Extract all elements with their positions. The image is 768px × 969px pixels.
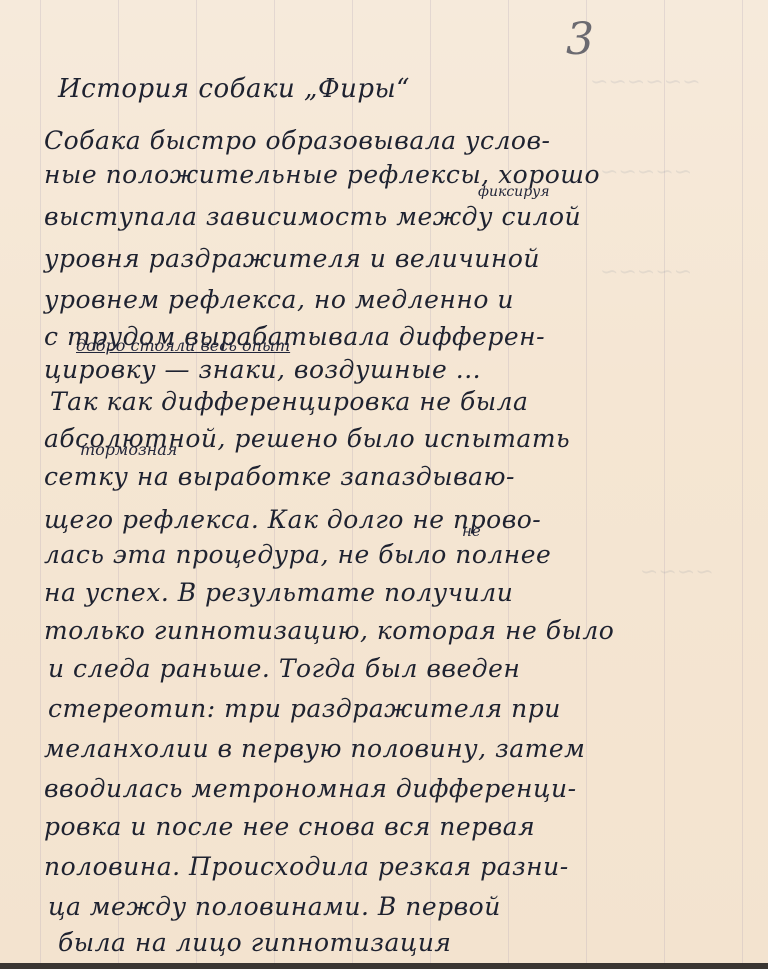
ruled-line: [742, 0, 743, 963]
bleed-through-text: ~~~~~: [600, 160, 692, 185]
text-line: стереотип: три раздражителя при: [48, 694, 561, 723]
scan-border: [0, 963, 768, 969]
document-title: История собаки „Фиры“: [58, 74, 410, 104]
text-line: выступала зависимость между силой: [44, 202, 581, 231]
text-line: была на лицо гипнотизация: [58, 928, 451, 957]
insertion-note: тормозная: [80, 440, 177, 459]
text-line: меланхолии в первую половину, затем: [44, 734, 585, 763]
text-line: половина. Происходила резкая разни-: [44, 852, 569, 881]
text-line: уровнем рефлекса, но медленно и: [44, 285, 514, 314]
bleed-through-text: ~~~~~~: [590, 70, 701, 95]
insertion-note: добро стояли весь опыт: [76, 336, 290, 355]
manuscript-page: ~~~~~~ ~~~~~ ~~~~~ ~~~~ 3 История собаки…: [0, 0, 768, 963]
text-line: лась эта процедура, не было полнее: [44, 540, 551, 569]
text-line: ца между половинами. В первой: [48, 892, 501, 921]
insertion-note: не: [462, 522, 481, 540]
ruled-line: [664, 0, 665, 963]
text-line: только гипнотизацию, которая не было: [44, 616, 614, 645]
ruled-line: [40, 0, 41, 963]
text-line: сетку на выработке запаздываю-: [44, 462, 515, 491]
text-line: и следа раньше. Тогда был введен: [48, 654, 520, 683]
text-line: вводилась метрономная дифференци-: [44, 774, 577, 803]
text-line: цировку — знаки, воздушные ...: [44, 355, 481, 384]
text-line: Так как дифференцировка не была: [50, 387, 528, 416]
ruled-line: [586, 0, 587, 963]
insertion-note: фиксируя: [478, 184, 550, 200]
text-line: уровня раздражителя и величиной: [44, 244, 540, 273]
text-line: ровка и после нее снова вся первая: [44, 812, 535, 841]
bleed-through-text: ~~~~: [640, 560, 714, 585]
text-line: на успех. В результате получили: [44, 578, 513, 607]
bleed-through-text: ~~~~~: [600, 260, 692, 285]
text-line: Собака быстро образовывала услов-: [44, 126, 550, 155]
page-number: 3: [566, 14, 594, 65]
